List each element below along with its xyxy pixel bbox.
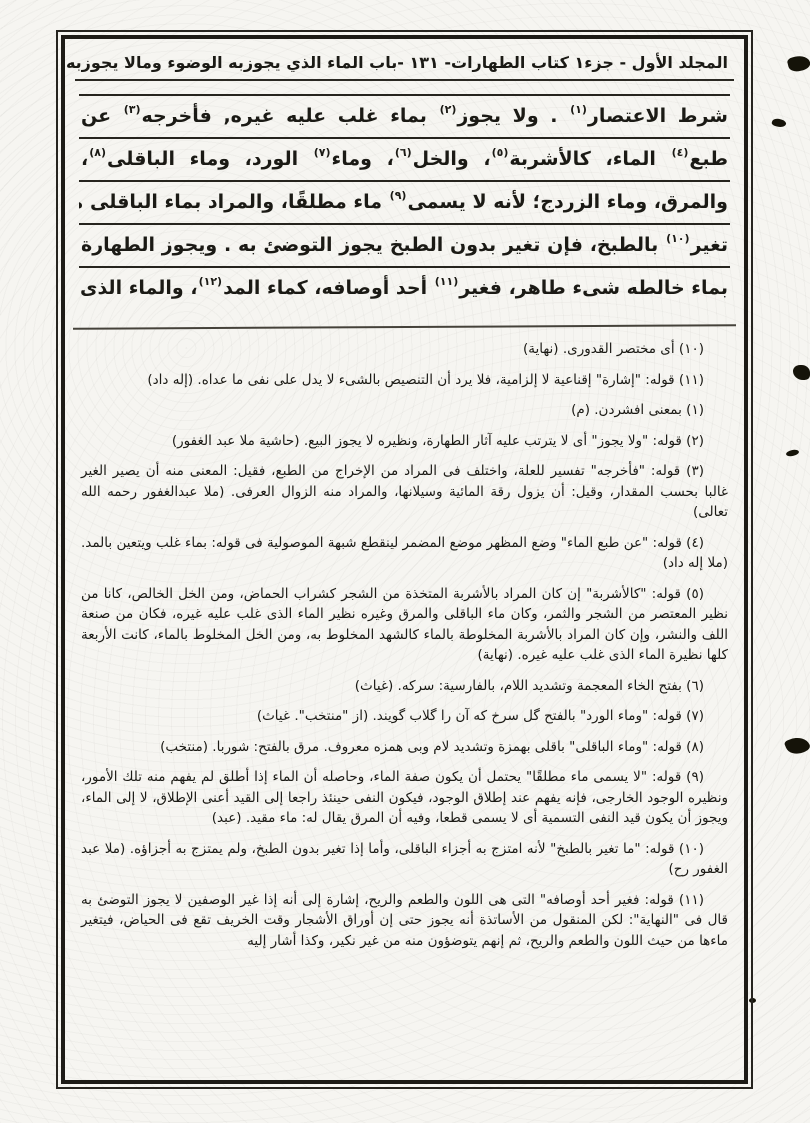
- footnote-text: قوله: "لا يسمى ماء مطلقًا" يحتمل أن يكون…: [81, 769, 728, 826]
- scan-artifact: [786, 449, 800, 458]
- footnote-marker: (١٠): [679, 341, 704, 357]
- footnote-item: (٨) قوله: "وماء الباقلى" باقلى بهمزة وتش…: [81, 737, 728, 758]
- header-page-number: - ١٣١ -: [397, 53, 451, 72]
- main-text-line: طبع(٤) الماء، كالأشربة(٥)، والخل(٦)، وما…: [79, 137, 730, 180]
- footnote-ref: (١): [570, 103, 587, 116]
- main-text-segment: والمرق، وماء الزردج؛ لأنه لا يسمى: [407, 191, 728, 213]
- footnote-ref: (٨): [89, 146, 106, 159]
- footnote-text: بمعنى افشردن. (م): [571, 402, 686, 418]
- main-text-segment: تغير: [691, 234, 728, 256]
- main-text-segment: ، وماء: [332, 148, 394, 170]
- footnote-marker: (٥): [686, 586, 704, 602]
- page-header: المجلد الأول - جزء١ كتاب الطهارات - ١٣١ …: [79, 41, 730, 77]
- main-text-segment: أحد أوصافه، كماء المد: [223, 277, 434, 299]
- main-text-line: شرط الاعتصار(١) . ولا يجوز(٢) بماء غلب ع…: [79, 94, 730, 137]
- footnote-item: (١٠) قوله: "ما تغير بالطبخ" لأنه امتزج ب…: [81, 839, 728, 880]
- footnote-item: (١١) قوله: فغير أحد أوصافه" التى هى اللو…: [81, 890, 728, 952]
- main-text-segment: ، والخل: [413, 148, 491, 170]
- main-text-segment: . ولا يجوز: [457, 105, 569, 127]
- page-border-frame: المجلد الأول - جزء١ كتاب الطهارات - ١٣١ …: [56, 30, 753, 1089]
- footnote-ref: (٧): [314, 146, 331, 159]
- footnote-text: بفتح الخاء المعجمة وتشديد اللام، بالفارس…: [355, 678, 686, 694]
- main-text-segment: ،: [81, 148, 88, 170]
- footnote-marker: (٢): [686, 433, 704, 449]
- footnote-text: قوله: فغير أحد أوصافه" التى هى اللون وال…: [81, 892, 728, 949]
- footnote-item: (٤) قوله: "عن طبع الماء" وضع المظهر موضع…: [81, 533, 728, 574]
- footnote-text: أى مختصر القدورى. (نهاية): [523, 341, 679, 357]
- main-text-segment: الورد، وماء الباقلى: [107, 148, 313, 170]
- footnote-text: قوله: "وماء الباقلى" باقلى بهمزة وتشديد …: [160, 739, 686, 755]
- main-text-line: بماء خالطه شىء طاهر، فغير(١١) أحد أوصافه…: [79, 266, 730, 309]
- footnote-text: قوله: "وماء الورد" بالفتح گل سرخ كه آن ر…: [257, 708, 686, 724]
- footnote-ref: (١٢): [199, 275, 223, 288]
- main-text-segment: طبع: [689, 148, 728, 170]
- main-text-segment: ماء مطلقًا، والمراد بماء الباقلى ما: [79, 191, 389, 213]
- footnote-text: قوله: "ولا يجوز" أى لا يترتب عليه آثار ا…: [172, 433, 686, 449]
- footnote-item: (٦) بفتح الخاء المعجمة وتشديد اللام، بال…: [81, 676, 728, 697]
- footnote-item: (٣) قوله: "فأخرجه" تفسير للعلة، واختلف ف…: [81, 461, 728, 523]
- header-book-title: المجلد الأول - جزء١ كتاب الطهارات: [451, 53, 728, 72]
- footnote-ref: (١١): [435, 275, 459, 288]
- footnotes: (١٠) أى مختصر القدورى. (نهاية)(١١) قوله:…: [79, 332, 730, 1074]
- footnote-item: (٧) قوله: "وماء الورد" بالفتح گل سرخ كه …: [81, 706, 728, 727]
- footnote-text: قوله: "ما تغير بالطبخ" لأنه امتزج به أجز…: [81, 841, 728, 878]
- scan-artifact: [793, 365, 810, 380]
- main-text-segment: ، والماء الذى: [80, 277, 198, 299]
- footnote-item: (٢) قوله: "ولا يجوز" أى لا يترتب عليه آث…: [81, 431, 728, 452]
- scan-artifact: [771, 117, 787, 129]
- footnote-marker: (١): [686, 402, 704, 418]
- footnote-ref: (٩): [390, 189, 407, 202]
- footnote-marker: (٧): [686, 708, 704, 724]
- footnote-marker: (١١): [679, 892, 704, 908]
- footnote-item: (١٠) أى مختصر القدورى. (نهاية): [81, 339, 728, 360]
- footnote-ref: (٢): [440, 103, 457, 116]
- header-rule: [75, 79, 734, 81]
- footnote-text: قوله: "إشارة" إقناعية لا إلزامية، فلا ير…: [147, 372, 679, 388]
- footnote-item: (٥) قوله: "كالأشربة" إن كان المراد بالأش…: [81, 584, 728, 666]
- footnote-ref: (٣): [124, 103, 141, 116]
- main-text-segment: عن: [81, 105, 123, 127]
- footnote-ref: (١٠): [666, 232, 690, 245]
- footnote-ref: (٥): [492, 146, 509, 159]
- scanned-book-page: { "header": { "right": "المجلد الأول - ج…: [0, 0, 810, 1123]
- footnote-marker: (١٠): [679, 841, 704, 857]
- footnote-item: (٩) قوله: "لا يسمى ماء مطلقًا" يحتمل أن …: [81, 767, 728, 829]
- main-text-segment: بماء خالطه شىء طاهر، فغير: [459, 277, 728, 299]
- main-text-segment: الماء، كالأشربة: [509, 148, 670, 170]
- footnote-ref: (٤): [672, 146, 689, 159]
- main-text-line: تغير(١٠) بالطبخ، فإن تغير بدون الطبخ يجو…: [79, 223, 730, 266]
- footnote-marker: (١١): [679, 372, 704, 388]
- scan-artifact: [784, 733, 810, 757]
- footnote-marker: (٦): [686, 678, 704, 694]
- main-text: شرط الاعتصار(١) . ولا يجوز(٢) بماء غلب ع…: [79, 94, 730, 309]
- header-chapter-title: باب الماء الذي يجوزبه الوضوء ومالا يجوزب…: [66, 53, 397, 72]
- footnote-separator: [73, 324, 736, 329]
- main-text-line: والمرق، وماء الزردج؛ لأنه لا يسمى(٩) ماء…: [79, 180, 730, 223]
- footnote-text: قوله: "عن طبع الماء" وضع المظهر موضع الم…: [81, 535, 728, 572]
- footnote-text: قوله: "فأخرجه" تفسير للعلة، واختلف فى ال…: [81, 463, 728, 520]
- footnote-marker: (٤): [686, 535, 704, 551]
- footnote-ref: (٦): [395, 146, 412, 159]
- footnote-text: قوله: "كالأشربة" إن كان المراد بالأشربة …: [81, 586, 728, 664]
- main-text-segment: شرط الاعتصار: [588, 105, 728, 127]
- footnote-marker: (٨): [686, 739, 704, 755]
- scan-artifact: [787, 54, 810, 74]
- footnote-item: (١١) قوله: "إشارة" إقناعية لا إلزامية، ف…: [81, 370, 728, 391]
- footnote-marker: (٩): [686, 769, 704, 785]
- main-text-segment: بالطبخ، فإن تغير بدون الطبخ يجوز التوضئ …: [81, 234, 665, 256]
- page-inner-frame: المجلد الأول - جزء١ كتاب الطهارات - ١٣١ …: [61, 35, 748, 1084]
- footnote-marker: (٣): [686, 463, 704, 479]
- main-text-segment: بماء غلب عليه غيره, فأخرجه: [142, 105, 439, 127]
- footnote-item: (١) بمعنى افشردن. (م): [81, 400, 728, 421]
